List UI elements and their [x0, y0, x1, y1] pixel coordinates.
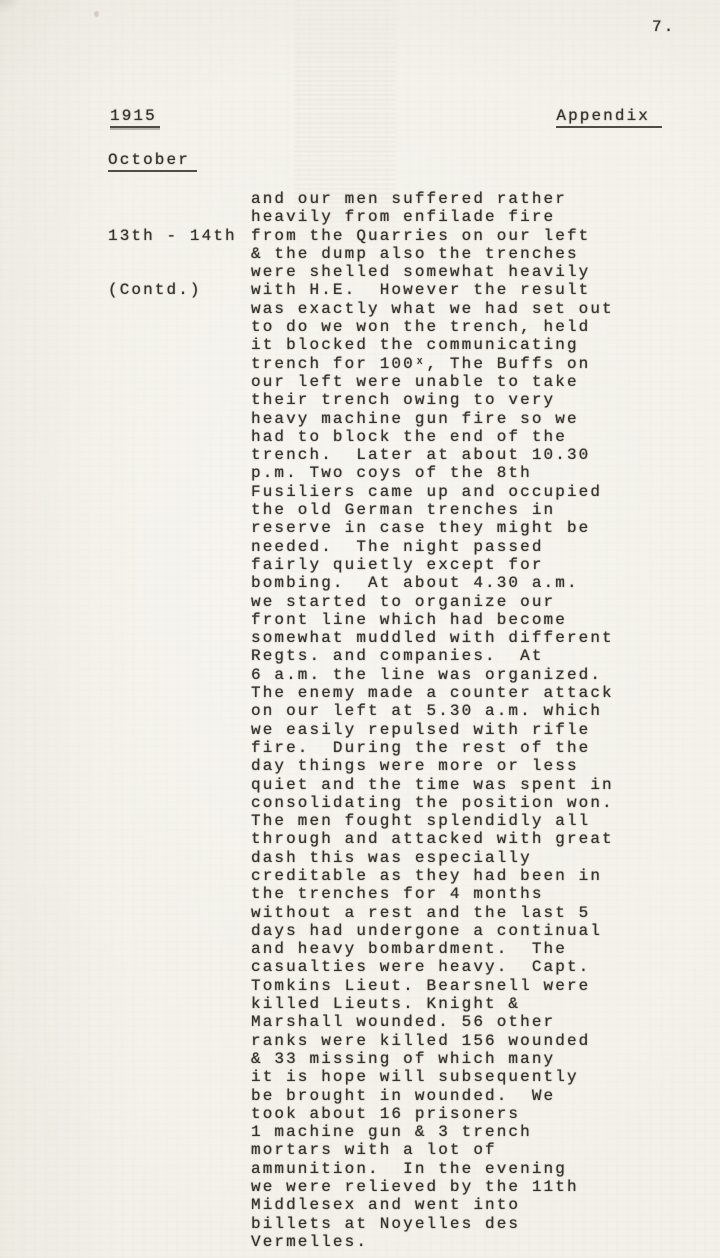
year-heading: 1915	[110, 107, 160, 128]
entry-date-contd: (Contd.)	[108, 281, 237, 299]
entry-date: 13th - 14th	[108, 227, 237, 245]
page-number: 7.	[652, 18, 675, 36]
entry-date-column: 13th - 14th (Contd.)	[108, 190, 237, 336]
month-heading: October	[108, 151, 197, 172]
appendix-heading: Appendix	[556, 107, 662, 128]
paper-speck-artifact	[94, 11, 99, 17]
diary-entry-text: and our men suffered rather heavily from…	[251, 190, 614, 1251]
scan-smudge-artifact	[0, 0, 22, 14]
document-page: 7. 1915 Appendix October 13th - 14th (Co…	[0, 0, 720, 1258]
